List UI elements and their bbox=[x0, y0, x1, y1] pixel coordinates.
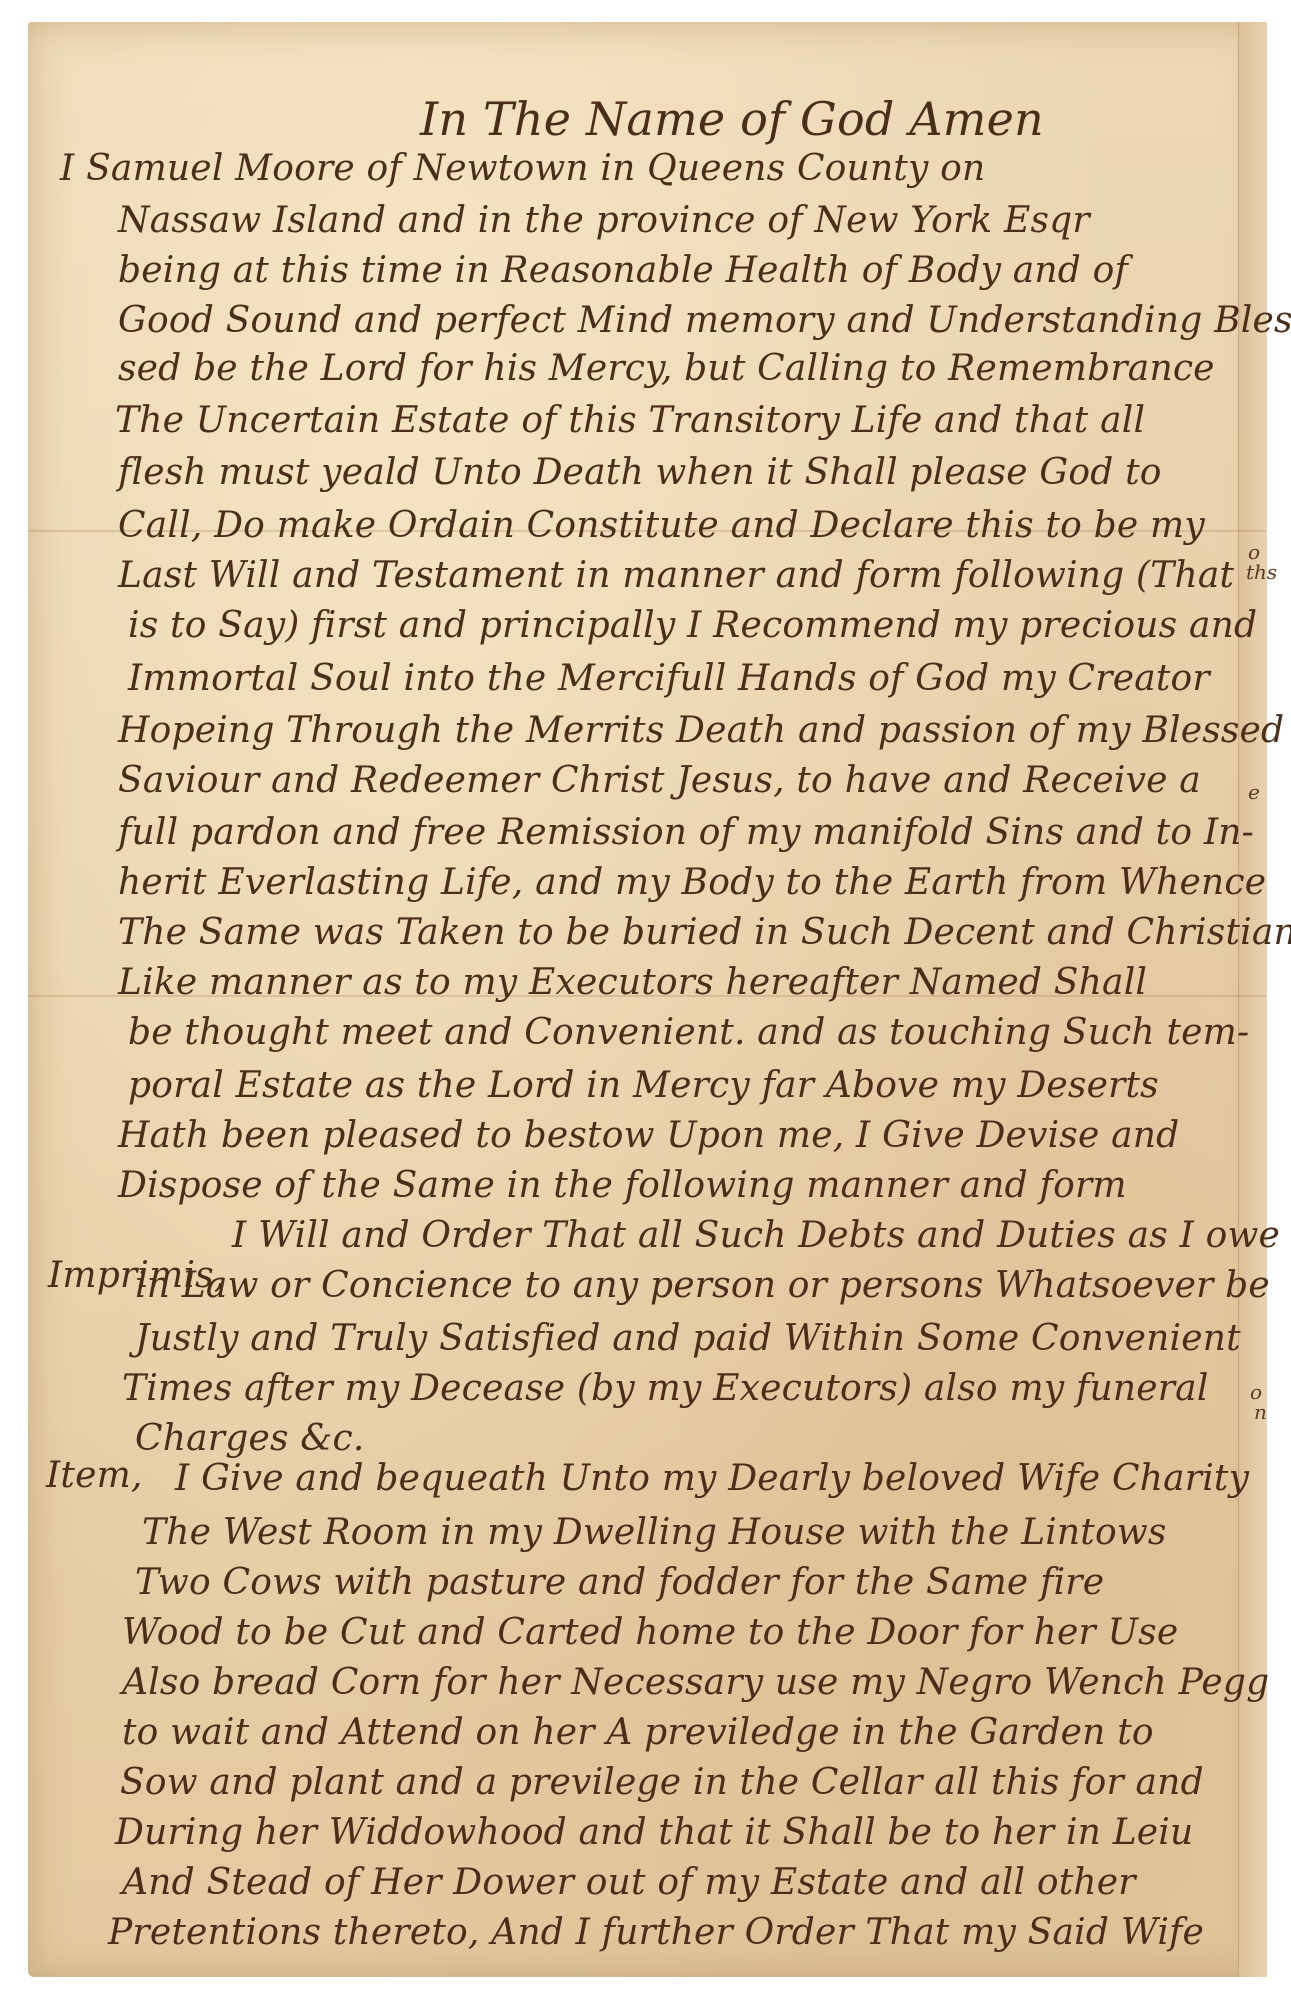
imprimis-line: Charges &c. bbox=[135, 1418, 365, 1459]
body-line: herit Everlasting Life, and my Body to t… bbox=[118, 862, 1266, 903]
item-line: Pretentions thereto, And I further Order… bbox=[108, 1912, 1204, 1953]
body-line: Hath been pleased to bestow Upon me, I G… bbox=[118, 1115, 1179, 1156]
item-line: I Give and bequeath Unto my Dearly belov… bbox=[175, 1458, 1249, 1499]
edge-mark: ths bbox=[1246, 560, 1277, 584]
item-line: Two Cows with pasture and fodder for the… bbox=[135, 1562, 1104, 1603]
edge-mark: n bbox=[1254, 1400, 1267, 1424]
item-margin-note: Item, bbox=[46, 1455, 143, 1496]
body-line: Last Will and Testament in manner and fo… bbox=[118, 555, 1234, 596]
body-line: is to Say) first and principally I Recom… bbox=[128, 605, 1257, 646]
body-line: Immortal Soul into the Mercifull Hands o… bbox=[128, 658, 1210, 699]
item-line: The West Room in my Dwelling House with … bbox=[142, 1512, 1167, 1553]
imprimis-line: I Will and Order That all Such Debts and… bbox=[232, 1215, 1280, 1256]
item-line: Also bread Corn for her Necessary use my… bbox=[122, 1662, 1269, 1703]
body-line: The Same was Taken to be buried in Such … bbox=[118, 912, 1291, 953]
body-line: Call, Do make Ordain Constitute and Decl… bbox=[118, 505, 1205, 546]
imprimis-line: Times after my Decease (by my Executors)… bbox=[122, 1368, 1209, 1409]
body-line: I Samuel Moore of Newtown in Queens Coun… bbox=[60, 148, 985, 189]
body-line: full pardon and free Remission of my man… bbox=[118, 812, 1254, 853]
body-line: be thought meet and Convenient. and as t… bbox=[128, 1012, 1249, 1053]
body-line: The Uncertain Estate of this Transitory … bbox=[115, 400, 1145, 441]
item-line: During her Widdowhood and that it Shall … bbox=[115, 1812, 1193, 1853]
body-line: Hopeing Through the Merrits Death and pa… bbox=[118, 710, 1284, 751]
body-line: being at this time in Reasonable Health … bbox=[118, 250, 1128, 291]
item-line: And Stead of Her Dower out of my Estate … bbox=[122, 1862, 1136, 1903]
item-line: to wait and Attend on her A previledge i… bbox=[122, 1712, 1154, 1753]
body-line: sed be the Lord for his Mercy, but Calli… bbox=[118, 348, 1215, 389]
imprimis-line: Justly and Truly Satisfied and paid With… bbox=[135, 1318, 1241, 1359]
edge-mark: e bbox=[1248, 780, 1260, 804]
body-line: flesh must yeald Unto Death when it Shal… bbox=[118, 452, 1162, 493]
imprimis-line: in Law or Concience to any person or per… bbox=[135, 1265, 1270, 1306]
body-line: Dispose of the Same in the following man… bbox=[118, 1165, 1127, 1206]
body-line: Good Sound and perfect Mind memory and U… bbox=[118, 300, 1291, 341]
body-line: Like manner as to my Executors hereafter… bbox=[118, 962, 1147, 1003]
document-title: In The Name of God Amen bbox=[420, 92, 1044, 146]
body-line: poral Estate as the Lord in Mercy far Ab… bbox=[128, 1065, 1159, 1106]
item-line: Wood to be Cut and Carted home to the Do… bbox=[122, 1612, 1178, 1653]
item-line: Sow and plant and a previlege in the Cel… bbox=[120, 1762, 1204, 1803]
body-line: Nassaw Island and in the province of New… bbox=[118, 200, 1090, 241]
body-line: Saviour and Redeemer Christ Jesus, to ha… bbox=[118, 760, 1201, 801]
imprimis-margin-note: Imprimis, bbox=[48, 1255, 226, 1296]
